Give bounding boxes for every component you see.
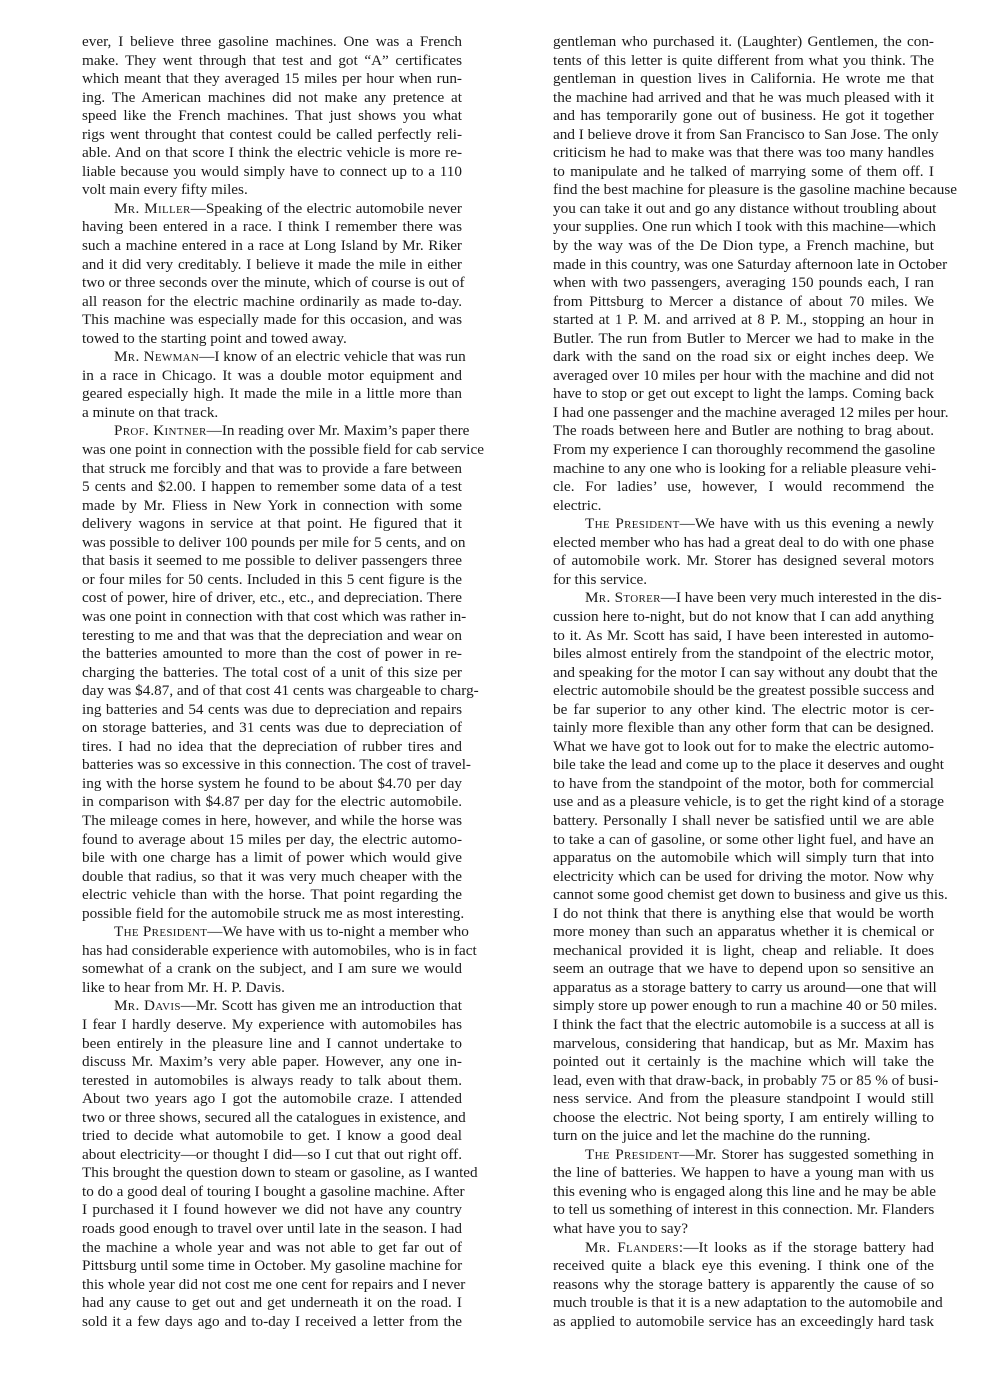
line-text: What we have got to look out for to make… bbox=[553, 738, 934, 755]
text-line: use and as a pleasure vehicle, is to get… bbox=[521, 793, 934, 812]
text-line: bile take the lead and come up to the pl… bbox=[521, 756, 934, 775]
speaker-paragraph: Mr. Storer—I have been very much interes… bbox=[521, 589, 934, 1145]
document-page: ever, I believe three gasoline machines.… bbox=[0, 0, 1000, 1400]
text-line: tents of this letter is quite different … bbox=[521, 52, 934, 71]
line-text: when with two passengers, averaging 150 … bbox=[553, 274, 934, 291]
text-line: the machine had arrived and that he was … bbox=[521, 89, 934, 108]
text-line: much trouble is that it is a new adaptat… bbox=[521, 1294, 934, 1313]
line-text: —I know of an electric vehicle that was … bbox=[199, 348, 466, 365]
text-line: I purchased it I found however we did no… bbox=[50, 1201, 462, 1220]
text-line: about electricity—or thought I did—so I … bbox=[50, 1146, 462, 1165]
line-text: towed to the starting point and towed aw… bbox=[82, 330, 347, 347]
speaker-paragraph: Prof. Kintner—In reading over Mr. Maxim’… bbox=[50, 422, 462, 923]
text-line: cost of power, hire of driver, etc., etc… bbox=[50, 589, 462, 608]
text-line: gentleman who purchased it. (Laughter) G… bbox=[521, 33, 934, 52]
text-line: had any cause to get out and get underne… bbox=[50, 1294, 462, 1313]
text-line: to manipulate and he talked of marrying … bbox=[521, 163, 934, 182]
line-text: roads good enough to travel over until l… bbox=[82, 1220, 462, 1237]
text-line: criticism he had to make was that there … bbox=[521, 144, 934, 163]
text-line: to do a good deal of touring I bought a … bbox=[50, 1183, 462, 1202]
line-text: cussion here to-night, but do not know t… bbox=[553, 608, 934, 625]
text-line: by the way was of the De Dion type, a Fr… bbox=[521, 237, 934, 256]
speaker-paragraph: Mr. Newman—I know of an electric vehicle… bbox=[50, 348, 462, 422]
text-line: and I believe drove it from San Francisc… bbox=[521, 126, 934, 145]
line-text: make. They went through that test and go… bbox=[82, 52, 462, 69]
line-text: more money than such an apparatus whethe… bbox=[553, 923, 934, 940]
line-text: all reason for the electric machine ordi… bbox=[82, 293, 462, 310]
line-text: seem an outrage that we have to depend u… bbox=[553, 960, 934, 977]
line-text: such a machine entered in a race at Long… bbox=[82, 237, 462, 254]
text-line: on storage batteries, and 31 cents was d… bbox=[50, 719, 462, 738]
line-text: Pittsburg until some time in October. My… bbox=[82, 1257, 462, 1274]
line-text: —It looks as if the storage battery had bbox=[683, 1239, 934, 1256]
line-text: reasons why the storage battery is appar… bbox=[553, 1276, 934, 1293]
line-text: and it did very creditably. I believe it… bbox=[82, 256, 462, 273]
speaker-paragraph: Mr. Flanders:—It looks as if the storage… bbox=[521, 1239, 934, 1332]
line-text: of automobile work. Mr. Storer has desig… bbox=[553, 552, 934, 569]
line-text: a minute on that track. bbox=[82, 404, 218, 421]
text-line: tried to decide what automobile to get. … bbox=[50, 1127, 462, 1146]
line-text: Butler. The run from Butler to Mercer we… bbox=[553, 330, 934, 347]
line-text: cost of power, hire of driver, etc., etc… bbox=[82, 589, 462, 606]
text-line: I fear I hardly deserve. My experience w… bbox=[50, 1016, 462, 1035]
line-text: on storage batteries, and 31 cents was d… bbox=[82, 719, 462, 736]
line-text: cannot some good chemist get down to bus… bbox=[553, 886, 948, 903]
text-line: battery. Personally I shall never be sat… bbox=[521, 812, 934, 831]
line-text: tainly more flexible than any other form… bbox=[553, 719, 934, 736]
line-text: having been entered in a race. I think I… bbox=[82, 218, 462, 235]
text-line: teresting to me and that was that the de… bbox=[50, 627, 462, 646]
text-line: this evening who is engaged along this l… bbox=[521, 1183, 934, 1202]
line-text: From my experience I can thoroughly reco… bbox=[553, 441, 935, 458]
line-text: by the way was of the De Dion type, a Fr… bbox=[553, 237, 934, 254]
text-line: pointed out it certainly is the machine … bbox=[521, 1053, 934, 1072]
text-line: apparatus on the automobile which will s… bbox=[521, 849, 934, 868]
text-line: from Pittsburg to Mercer a distance of a… bbox=[521, 293, 934, 312]
line-text: simply store up power enough to run a ma… bbox=[553, 997, 937, 1014]
text-line: able. And on that score I think the elec… bbox=[50, 144, 462, 163]
text-line: gentleman in question lives in Californi… bbox=[521, 70, 934, 89]
text-line: what have you to say? bbox=[521, 1220, 934, 1239]
text-line: charging the batteries. The total cost o… bbox=[50, 664, 462, 683]
line-text: bile with one charge has a limit of powe… bbox=[82, 849, 462, 866]
line-text: This machine was especially made for thi… bbox=[82, 311, 462, 328]
text-line: tires. I had no idea that the depreciati… bbox=[50, 738, 462, 757]
text-line: About two years ago I got the automobile… bbox=[50, 1090, 462, 1109]
line-text: volt main every fifty miles. bbox=[82, 181, 248, 198]
line-text: made by Mr. Fliess in New York in connec… bbox=[82, 497, 462, 514]
line-text: The roads between here and Butler are no… bbox=[553, 422, 934, 439]
line-text: gentleman who purchased it. (Laughter) G… bbox=[553, 33, 934, 50]
text-line: turn on the juice and let the machine do… bbox=[521, 1127, 934, 1146]
text-line: possible field for the automobile struck… bbox=[50, 905, 462, 924]
text-line: you can take it out and go any distance … bbox=[521, 200, 934, 219]
line-text: criticism he had to make was that there … bbox=[553, 144, 934, 161]
line-text: geared especially high. It made the mile… bbox=[82, 385, 462, 402]
line-text: —Mr. Storer has suggested something in bbox=[680, 1146, 934, 1163]
text-line: was one point in connection with the pos… bbox=[50, 441, 462, 460]
text-line: somewhat of a crank on the subject, and … bbox=[50, 960, 462, 979]
line-text: in comparison with $4.87 per day for the… bbox=[82, 793, 462, 810]
speaker-name: The President bbox=[585, 515, 680, 532]
text-line: elected member who has had a great deal … bbox=[521, 534, 934, 553]
text-line: ing. The American machines did not make … bbox=[50, 89, 462, 108]
line-text: The mileage comes in here, however, and … bbox=[82, 812, 462, 829]
text-line: which meant that they averaged 15 miles … bbox=[50, 70, 462, 89]
line-text: machine to any one who is looking for a … bbox=[553, 460, 936, 477]
line-text: started at 1 P. M. and arrived at 8 P. M… bbox=[553, 311, 934, 328]
continued-paragraph: ever, I believe three gasoline machines.… bbox=[50, 33, 462, 200]
text-line: towed to the starting point and towed aw… bbox=[50, 330, 462, 349]
text-line: your supplies. One run which I took with… bbox=[521, 218, 934, 237]
line-text: dark with the sand on the road six or ei… bbox=[553, 348, 934, 365]
text-line: a minute on that track. bbox=[50, 404, 462, 423]
text-line: been entirely in the pleasure line and I… bbox=[50, 1035, 462, 1054]
text-line: This machine was especially made for thi… bbox=[50, 311, 462, 330]
line-text: I fear I hardly deserve. My experience w… bbox=[82, 1016, 462, 1033]
left-column: ever, I believe three gasoline machines.… bbox=[50, 33, 462, 1331]
line-text: and speaking for the motor I can say wit… bbox=[553, 664, 938, 681]
line-text: two or three seconds over the minute, wh… bbox=[82, 274, 465, 291]
line-text: be far superior to any other kind. The e… bbox=[553, 701, 934, 718]
text-line: two or three seconds over the minute, wh… bbox=[50, 274, 462, 293]
speaker-paragraph: Mr. Miller—Speaking of the electric auto… bbox=[50, 200, 462, 348]
line-text: marvelous, considering that handicap, bu… bbox=[553, 1035, 934, 1052]
text-line: From my experience I can thoroughly reco… bbox=[521, 441, 934, 460]
text-line: The mileage comes in here, however, and … bbox=[50, 812, 462, 831]
text-line: all reason for the electric machine ordi… bbox=[50, 293, 462, 312]
line-text: —I have been very much interested in the… bbox=[661, 589, 942, 606]
line-text: able. And on that score I think the elec… bbox=[82, 144, 462, 161]
text-line: two or three shows, secured all the cata… bbox=[50, 1109, 462, 1128]
text-line: day was $4.87, and of that cost 41 cents… bbox=[50, 682, 462, 701]
text-line: the line of batteries. We happen to have… bbox=[521, 1164, 934, 1183]
text-line: cannot some good chemist get down to bus… bbox=[521, 886, 934, 905]
text-line: double that radius, so that it was very … bbox=[50, 868, 462, 887]
text-line: What we have got to look out for to make… bbox=[521, 738, 934, 757]
line-text: biles almost entirely from the standpoin… bbox=[553, 645, 934, 662]
line-text: two or three shows, secured all the cata… bbox=[82, 1109, 466, 1126]
line-text: to manipulate and he talked of marrying … bbox=[553, 163, 934, 180]
line-text: lead, even with that draw-back, in proba… bbox=[553, 1072, 939, 1089]
text-line: bile with one charge has a limit of powe… bbox=[50, 849, 462, 868]
line-text: found to average about 15 miles per day,… bbox=[82, 831, 462, 848]
text-line: liable because you would simply have to … bbox=[50, 163, 462, 182]
text-line: I think the fact that the electric autom… bbox=[521, 1016, 934, 1035]
text-line: apparatus as a storage battery to carry … bbox=[521, 979, 934, 998]
line-text: the machine a whole year and was not abl… bbox=[82, 1239, 462, 1256]
line-text: elected member who has had a great deal … bbox=[553, 534, 934, 551]
text-line: discuss Mr. Maxim’s very able paper. How… bbox=[50, 1053, 462, 1072]
line-text: discuss Mr. Maxim’s very able paper. How… bbox=[82, 1053, 462, 1070]
text-line: This brought the question down to steam … bbox=[50, 1164, 462, 1183]
line-text: tents of this letter is quite different … bbox=[553, 52, 934, 69]
line-text: sold it a few days ago and to-day I rece… bbox=[82, 1313, 462, 1330]
line-text: from Pittsburg to Mercer a distance of a… bbox=[553, 293, 934, 310]
text-line: choose the electric. Not being sporty, I… bbox=[521, 1109, 934, 1128]
text-line: and has temporarily gone out of business… bbox=[521, 107, 934, 126]
line-text: —We have with us to-night a member who bbox=[207, 923, 469, 940]
line-text: 5 cents and $2.00. I happen to remember … bbox=[82, 478, 462, 495]
line-text: ever, I believe three gasoline machines.… bbox=[82, 33, 462, 50]
text-line: Prof. Kintner—In reading over Mr. Maxim’… bbox=[50, 422, 462, 441]
line-text: to tell us something of interest in this… bbox=[553, 1201, 934, 1218]
speaker-name: The President bbox=[585, 1146, 680, 1163]
text-line: Mr. Storer—I have been very much interes… bbox=[521, 589, 934, 608]
text-line: to tell us something of interest in this… bbox=[521, 1201, 934, 1220]
line-text: that struck me forcibly and that was to … bbox=[82, 460, 462, 477]
line-text: pointed out it certainly is the machine … bbox=[553, 1053, 934, 1070]
line-text: to have from the standpoint of the motor… bbox=[553, 775, 934, 792]
line-text: mechanical provided it is light, cheap a… bbox=[553, 942, 934, 959]
line-text: have to stop or get out except to light … bbox=[553, 385, 934, 402]
text-line: when with two passengers, averaging 150 … bbox=[521, 274, 934, 293]
text-line: cle. For ladies’ use, however, I would r… bbox=[521, 478, 934, 497]
text-line: ever, I believe three gasoline machines.… bbox=[50, 33, 462, 52]
text-line: as applied to automobile service has an … bbox=[521, 1313, 934, 1332]
line-text: —We have with us this evening a newly bbox=[680, 515, 934, 532]
text-line: ing with the horse system he found to be… bbox=[50, 775, 462, 794]
text-line: geared especially high. It made the mile… bbox=[50, 385, 462, 404]
line-text: this evening who is engaged along this l… bbox=[553, 1183, 936, 1200]
speaker-name: Mr. Newman bbox=[114, 348, 199, 365]
text-line: started at 1 P. M. and arrived at 8 P. M… bbox=[521, 311, 934, 330]
text-line: that struck me forcibly and that was to … bbox=[50, 460, 462, 479]
line-text: which meant that they averaged 15 miles … bbox=[82, 70, 462, 87]
line-text: electric vehicle than with the horse. Th… bbox=[82, 886, 462, 903]
text-line: tainly more flexible than any other form… bbox=[521, 719, 934, 738]
line-text: about electricity—or thought I did—so I … bbox=[82, 1146, 462, 1163]
text-line: lead, even with that draw-back, in proba… bbox=[521, 1072, 934, 1091]
speaker-paragraph: The President—We have with us this eveni… bbox=[521, 515, 934, 589]
line-text: electric automobile should be the greate… bbox=[553, 682, 934, 699]
line-text: has had considerable experience with aut… bbox=[82, 942, 477, 959]
text-line: sold it a few days ago and to-day I rece… bbox=[50, 1313, 462, 1332]
text-line: the machine a whole year and was not abl… bbox=[50, 1239, 462, 1258]
line-text: speed like the French machines. That jus… bbox=[82, 107, 462, 124]
text-line: and it did very creditably. I believe it… bbox=[50, 256, 462, 275]
speaker-paragraph: Mr. Davis—Mr. Scott has given me an intr… bbox=[50, 997, 462, 1331]
text-line: I do not think that there is anything el… bbox=[521, 905, 934, 924]
line-text: and has temporarily gone out of business… bbox=[553, 107, 934, 124]
line-text: I think the fact that the electric autom… bbox=[553, 1016, 934, 1033]
text-line: has had considerable experience with aut… bbox=[50, 942, 462, 961]
line-text: the machine had arrived and that he was … bbox=[553, 89, 934, 106]
text-line: cussion here to-night, but do not know t… bbox=[521, 608, 934, 627]
text-line: or four miles for 50 cents. Included in … bbox=[50, 571, 462, 590]
text-line: like to hear from Mr. H. P. Davis. bbox=[50, 979, 462, 998]
speaker-name: The President bbox=[114, 923, 207, 940]
text-line: make. They went through that test and go… bbox=[50, 52, 462, 71]
line-text: that basis it seemed to me possible to d… bbox=[82, 552, 462, 569]
text-line: I had one passenger and the machine aver… bbox=[521, 404, 934, 423]
text-line: seem an outrage that we have to depend u… bbox=[521, 960, 934, 979]
speaker-name: Prof. Kintner bbox=[114, 422, 207, 439]
text-line: for this service. bbox=[521, 571, 934, 590]
line-text: been entirely in the pleasure line and I… bbox=[82, 1035, 462, 1052]
text-line: ness service. And from the pleasure stan… bbox=[521, 1090, 934, 1109]
text-line: this whole year did not cost me one cent… bbox=[50, 1276, 462, 1295]
text-line: such a machine entered in a race at Long… bbox=[50, 237, 462, 256]
text-line: roads good enough to travel over until l… bbox=[50, 1220, 462, 1239]
text-line: have to stop or get out except to light … bbox=[521, 385, 934, 404]
line-text: charging the batteries. The total cost o… bbox=[82, 664, 462, 681]
line-text: —Speaking of the electric automobile nev… bbox=[191, 200, 462, 217]
line-text: rigs went throught that contest could be… bbox=[82, 126, 462, 143]
text-line: that basis it seemed to me possible to d… bbox=[50, 552, 462, 571]
line-text: was one point in connection with the pos… bbox=[82, 441, 484, 458]
line-text: I had one passenger and the machine aver… bbox=[553, 404, 949, 421]
line-text: your supplies. One run which I took with… bbox=[553, 218, 936, 235]
text-line: 5 cents and $2.00. I happen to remember … bbox=[50, 478, 462, 497]
line-text: somewhat of a crank on the subject, and … bbox=[82, 960, 462, 977]
text-line: having been entered in a race. I think I… bbox=[50, 218, 462, 237]
text-line: electricity which can be used for drivin… bbox=[521, 868, 934, 887]
line-text: you can take it out and go any distance … bbox=[553, 200, 936, 217]
text-line: delivery wagons in service at that point… bbox=[50, 515, 462, 534]
text-line: in comparison with $4.87 per day for the… bbox=[50, 793, 462, 812]
continued-paragraph: gentleman who purchased it. (Laughter) G… bbox=[521, 33, 934, 515]
text-line: volt main every fifty miles. bbox=[50, 181, 462, 200]
text-line: was possible to deliver 100 pounds per m… bbox=[50, 534, 462, 553]
text-line: dark with the sand on the road six or ei… bbox=[521, 348, 934, 367]
line-text: liable because you would simply have to … bbox=[82, 163, 462, 180]
line-text: was possible to deliver 100 pounds per m… bbox=[82, 534, 465, 551]
line-text: choose the electric. Not being sporty, I… bbox=[553, 1109, 934, 1126]
line-text: This brought the question down to steam … bbox=[82, 1164, 478, 1181]
text-line: ing batteries and 54 cents was due to de… bbox=[50, 701, 462, 720]
text-line: find the best machine for pleasure is th… bbox=[521, 181, 934, 200]
line-text: and I believe drove it from San Francisc… bbox=[553, 126, 939, 143]
line-text: electric. bbox=[553, 497, 601, 514]
text-line: The President—We have with us this eveni… bbox=[521, 515, 934, 534]
line-text: apparatus as a storage battery to carry … bbox=[553, 979, 937, 996]
speaker-name: Mr. Davis bbox=[114, 997, 181, 1014]
line-text: gentleman in question lives in Californi… bbox=[553, 70, 934, 87]
line-text: this whole year did not cost me one cent… bbox=[82, 1276, 465, 1293]
right-column: gentleman who purchased it. (Laughter) G… bbox=[521, 33, 934, 1331]
text-line: was one point in connection with that co… bbox=[50, 608, 462, 627]
text-line: Mr. Flanders:—It looks as if the storage… bbox=[521, 1239, 934, 1258]
text-line: biles almost entirely from the standpoin… bbox=[521, 645, 934, 664]
line-text: battery. Personally I shall never be sat… bbox=[553, 812, 934, 829]
text-line: electric vehicle than with the horse. Th… bbox=[50, 886, 462, 905]
line-text: I purchased it I found however we did no… bbox=[82, 1201, 462, 1218]
line-text: to do a good deal of touring I bought a … bbox=[82, 1183, 465, 1200]
line-text: cle. For ladies’ use, however, I would r… bbox=[553, 478, 934, 495]
text-line: Butler. The run from Butler to Mercer we… bbox=[521, 330, 934, 349]
speaker-name: Mr. Storer bbox=[585, 589, 661, 606]
text-line: received quite a black eye this evening.… bbox=[521, 1257, 934, 1276]
text-line: made by Mr. Fliess in New York in connec… bbox=[50, 497, 462, 516]
text-line: Mr. Miller—Speaking of the electric auto… bbox=[50, 200, 462, 219]
line-text: the line of batteries. We happen to have… bbox=[553, 1164, 934, 1181]
text-line: the batteries amounted to more than the … bbox=[50, 645, 462, 664]
line-text: tires. I had no idea that the depreciati… bbox=[82, 738, 462, 755]
line-text: ness service. And from the pleasure stan… bbox=[553, 1090, 934, 1107]
speaker-paragraph: The President—Mr. Storer has suggested s… bbox=[521, 1146, 934, 1239]
text-line: Mr. Davis—Mr. Scott has given me an intr… bbox=[50, 997, 462, 1016]
speaker-name: Mr. Flanders: bbox=[585, 1239, 683, 1256]
text-line: to it. As Mr. Scott has said, I have bee… bbox=[521, 627, 934, 646]
text-line: to have from the standpoint of the motor… bbox=[521, 775, 934, 794]
text-line: mechanical provided it is light, cheap a… bbox=[521, 942, 934, 961]
line-text: in a race in Chicago. It was a double mo… bbox=[82, 367, 462, 384]
line-text: ing batteries and 54 cents was due to de… bbox=[82, 701, 462, 718]
text-line: The President—Mr. Storer has suggested s… bbox=[521, 1146, 934, 1165]
text-line: and speaking for the motor I can say wit… bbox=[521, 664, 934, 683]
line-text: electricity which can be used for drivin… bbox=[553, 868, 934, 885]
line-text: terested in automobiles is always ready … bbox=[82, 1072, 462, 1089]
line-text: turn on the juice and let the machine do… bbox=[553, 1127, 871, 1144]
text-line: electric. bbox=[521, 497, 934, 516]
line-text: averaged over 10 miles per hour with the… bbox=[553, 367, 934, 384]
line-text: About two years ago I got the automobile… bbox=[82, 1090, 462, 1107]
text-line: reasons why the storage battery is appar… bbox=[521, 1276, 934, 1295]
text-line: terested in automobiles is always ready … bbox=[50, 1072, 462, 1091]
line-text: bile take the lead and come up to the pl… bbox=[553, 756, 944, 773]
text-line: machine to any one who is looking for a … bbox=[521, 460, 934, 479]
text-line: batteries was so excessive in this conne… bbox=[50, 756, 462, 775]
line-text: had any cause to get out and get underne… bbox=[82, 1294, 462, 1311]
line-text: like to hear from Mr. H. P. Davis. bbox=[82, 979, 285, 996]
line-text: was one point in connection with that co… bbox=[82, 608, 466, 625]
text-line: averaged over 10 miles per hour with the… bbox=[521, 367, 934, 386]
line-text: to it. As Mr. Scott has said, I have bee… bbox=[553, 627, 934, 644]
text-line: marvelous, considering that handicap, bu… bbox=[521, 1035, 934, 1054]
line-text: to take a can of gasoline, or some other… bbox=[553, 831, 934, 848]
line-text: apparatus on the automobile which will s… bbox=[553, 849, 934, 866]
text-line: simply store up power enough to run a ma… bbox=[521, 997, 934, 1016]
line-text: —Mr. Scott has given me an introduction … bbox=[181, 997, 462, 1014]
line-text: possible field for the automobile struck… bbox=[82, 905, 464, 922]
text-line: electric automobile should be the greate… bbox=[521, 682, 934, 701]
line-text: tried to decide what automobile to get. … bbox=[82, 1127, 462, 1144]
line-text: what have you to say? bbox=[553, 1220, 688, 1237]
line-text: find the best machine for pleasure is th… bbox=[553, 181, 957, 198]
text-line: speed like the French machines. That jus… bbox=[50, 107, 462, 126]
line-text: much trouble is that it is a new adaptat… bbox=[553, 1294, 943, 1311]
line-text: as applied to automobile service has an … bbox=[553, 1313, 934, 1330]
text-line: Mr. Newman—I know of an electric vehicle… bbox=[50, 348, 462, 367]
speaker-name: Mr. Miller bbox=[114, 200, 191, 217]
text-line: of automobile work. Mr. Storer has desig… bbox=[521, 552, 934, 571]
line-text: batteries was so excessive in this conne… bbox=[82, 756, 471, 773]
line-text: the batteries amounted to more than the … bbox=[82, 645, 462, 662]
line-text: teresting to me and that was that the de… bbox=[82, 627, 462, 644]
line-text: —In reading over Mr. Maxim’s paper there bbox=[207, 422, 470, 439]
text-line: The roads between here and Butler are no… bbox=[521, 422, 934, 441]
text-line: more money than such an apparatus whethe… bbox=[521, 923, 934, 942]
text-line: in a race in Chicago. It was a double mo… bbox=[50, 367, 462, 386]
line-text: for this service. bbox=[553, 571, 647, 588]
line-text: I do not think that there is anything el… bbox=[553, 905, 934, 922]
line-text: double that radius, so that it was very … bbox=[82, 868, 462, 885]
line-text: day was $4.87, and of that cost 41 cents… bbox=[82, 682, 479, 699]
text-line: The President—We have with us to-night a… bbox=[50, 923, 462, 942]
text-line: be far superior to any other kind. The e… bbox=[521, 701, 934, 720]
line-text: made in this country, was one Saturday a… bbox=[553, 256, 947, 273]
line-text: or four miles for 50 cents. Included in … bbox=[82, 571, 462, 588]
text-line: to take a can of gasoline, or some other… bbox=[521, 831, 934, 850]
text-line: Pittsburg until some time in October. My… bbox=[50, 1257, 462, 1276]
line-text: ing with the horse system he found to be… bbox=[82, 775, 462, 792]
speaker-paragraph: The President—We have with us to-night a… bbox=[50, 923, 462, 997]
line-text: use and as a pleasure vehicle, is to get… bbox=[553, 793, 944, 810]
text-line: made in this country, was one Saturday a… bbox=[521, 256, 934, 275]
line-text: ing. The American machines did not make … bbox=[82, 89, 462, 106]
line-text: delivery wagons in service at that point… bbox=[82, 515, 462, 532]
